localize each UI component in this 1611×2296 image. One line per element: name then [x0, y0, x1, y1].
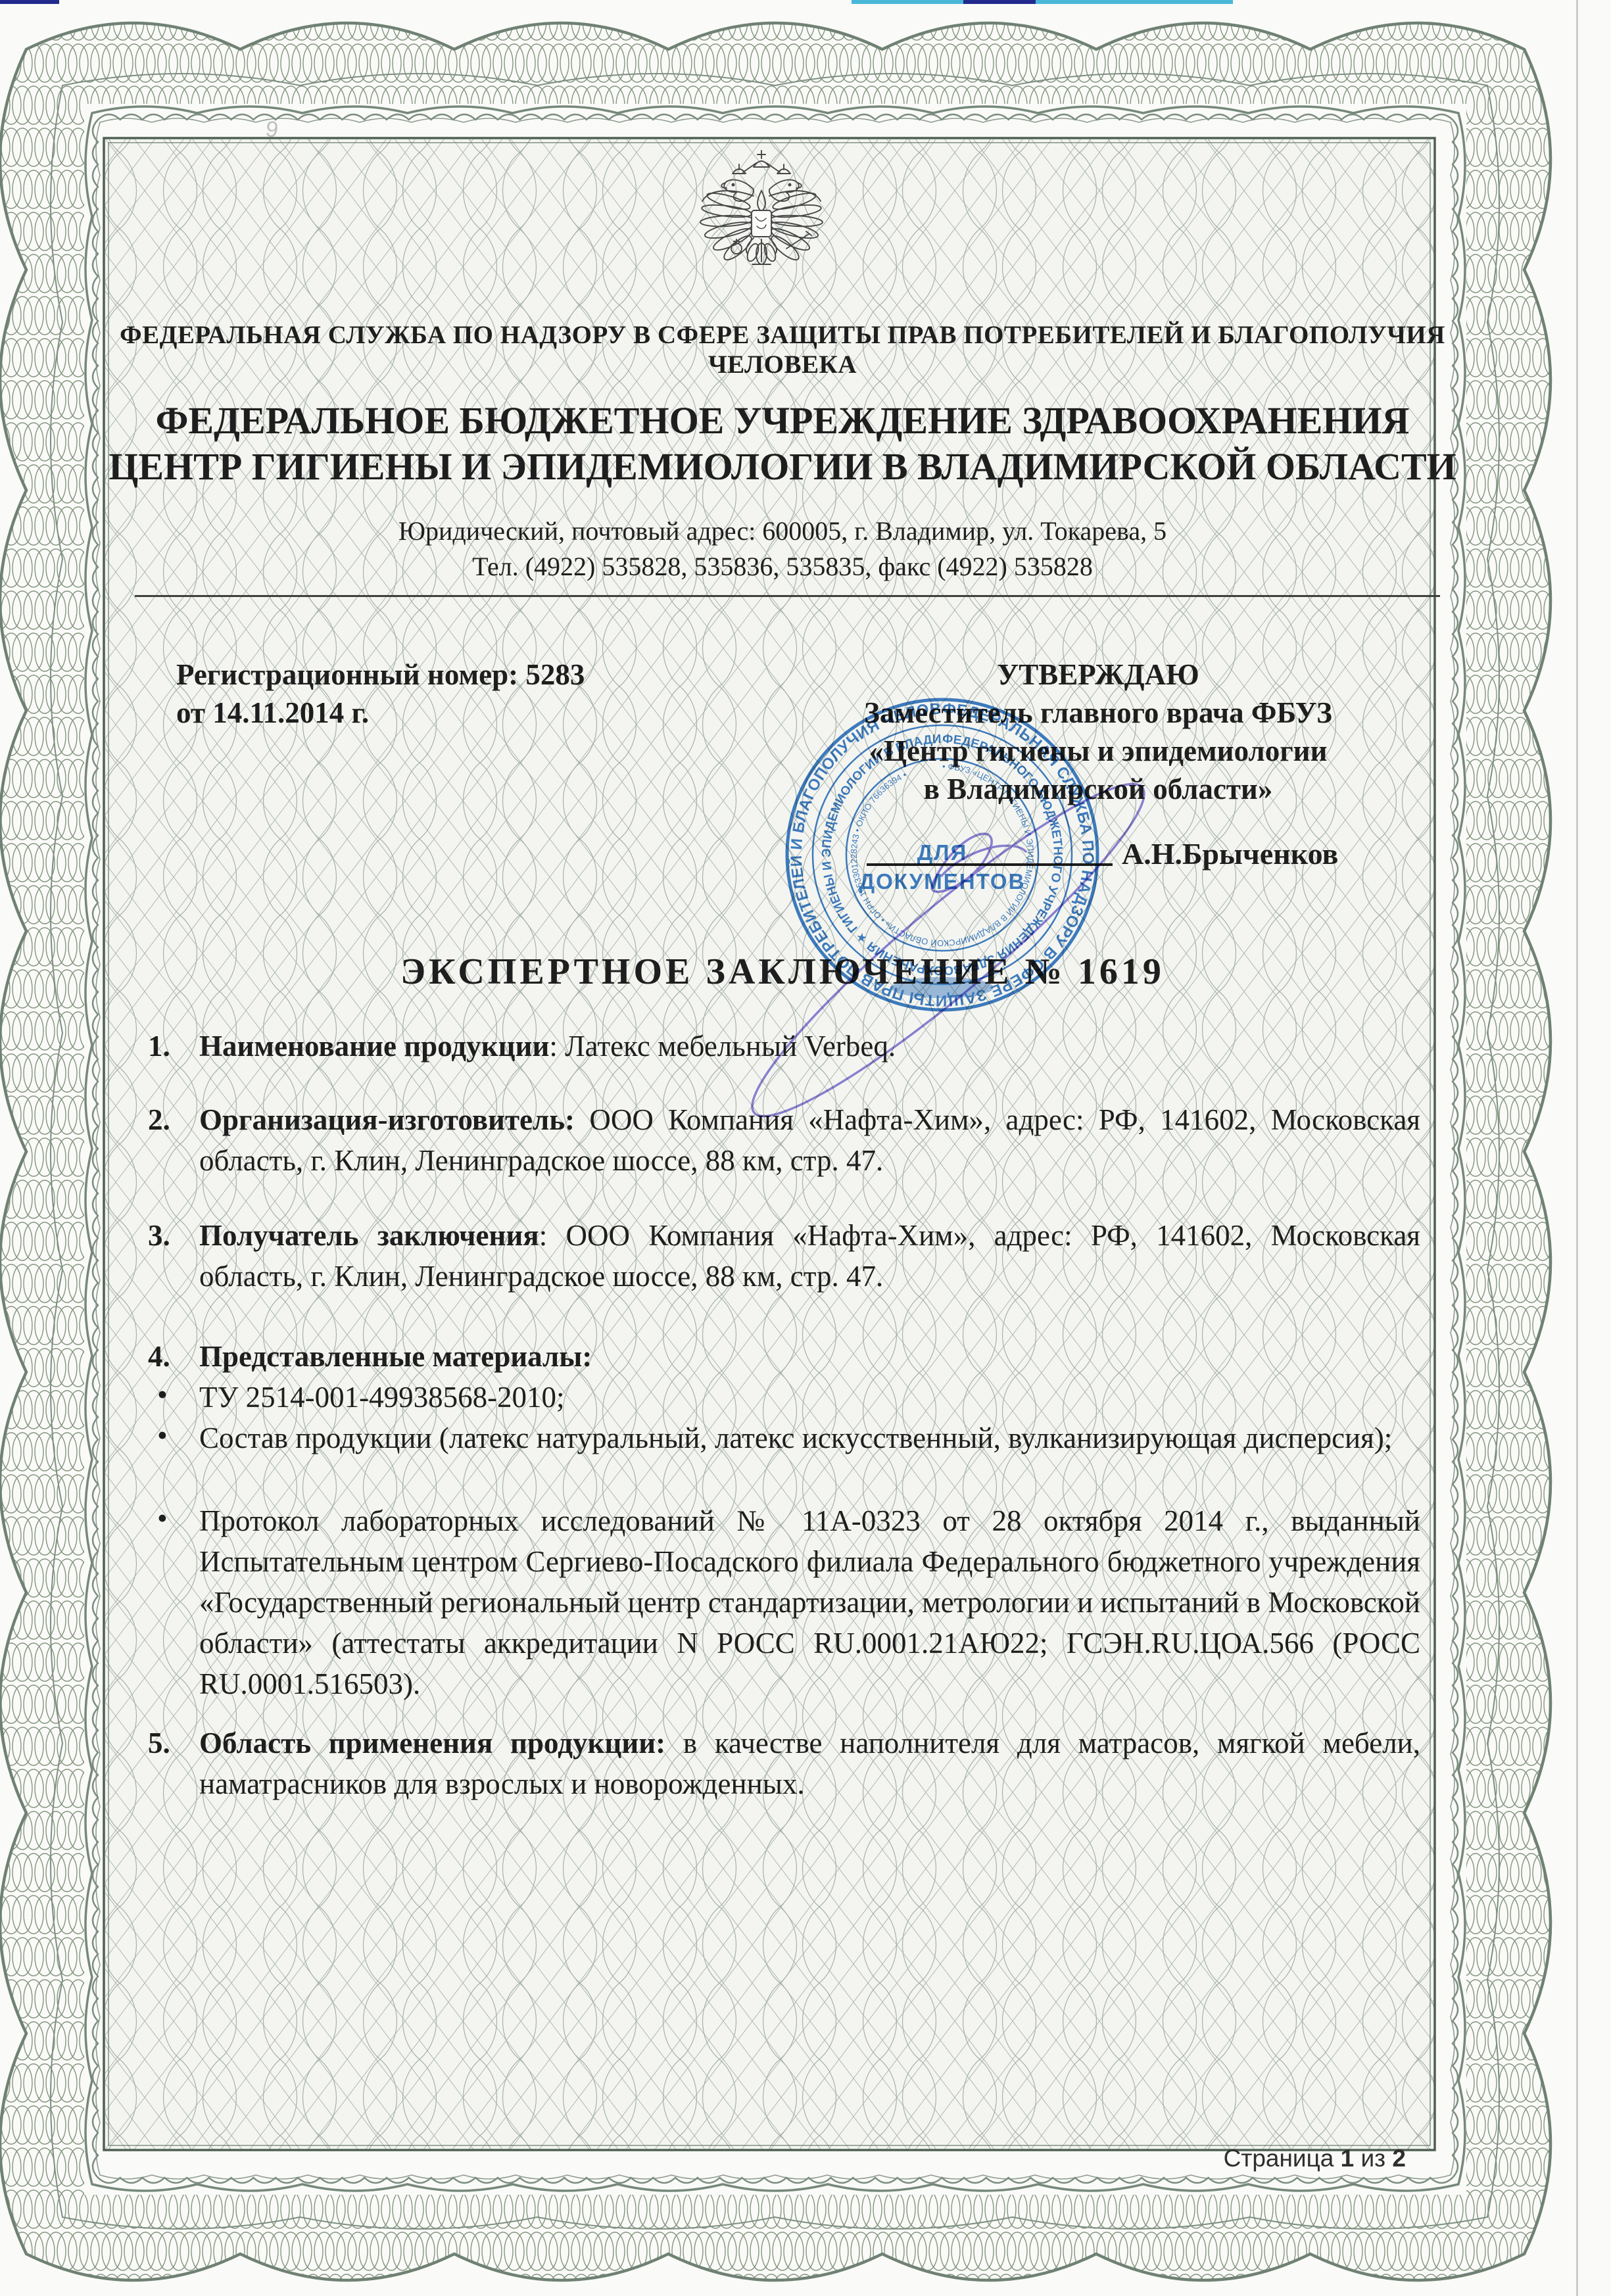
bullet-text: Протокол лабораторных исследований № 11А…	[199, 1504, 1420, 1700]
footer-page-total: 2	[1392, 2145, 1406, 2172]
stamp-ink-smudge	[891, 977, 994, 998]
stamp-center-line2: ДОКУМЕНТОВ	[859, 869, 1026, 894]
footer-page-label: Страница	[1224, 2145, 1334, 2172]
item-label: Организация-изготовитель:	[199, 1103, 575, 1136]
list-item-5: 5.Область применения продукции: в качест…	[148, 1723, 1420, 1804]
item-number: 1.	[148, 1026, 194, 1066]
header-org-line2: ЦЕНТР ГИГИЕНЫ И ЭПИДЕМИОЛОГИИ В ВЛАДИМИР…	[105, 444, 1460, 489]
scan-artifact-strip	[0, 0, 59, 4]
item-number: 2.	[148, 1099, 194, 1140]
item-text: : Латекс мебельный Verbeq.	[549, 1030, 896, 1063]
registration-number: Регистрационный номер: 5283	[176, 656, 585, 694]
footer-of-label: из	[1361, 2145, 1386, 2172]
scan-artifact-mark: 9	[264, 116, 279, 143]
registration-block: Регистрационный номер: 5283 от 14.11.201…	[176, 656, 585, 732]
list-item-2: 2.Организация-изготовитель: ООО Компания…	[148, 1099, 1420, 1181]
approval-label: УТВЕРЖДАЮ	[776, 656, 1420, 694]
scan-artifact-strip	[852, 0, 963, 4]
header-phone: Тел. (4922) 535828, 535836, 535835, факс…	[105, 551, 1460, 582]
registration-date: от 14.11.2014 г.	[176, 694, 585, 732]
stamp-center-line1: ДЛЯ	[917, 840, 967, 865]
header-org-line1: ФЕДЕРАЛЬНОЕ БЮДЖЕТНОЕ УЧРЕЖДЕНИЕ ЗДРАВОО…	[105, 398, 1460, 442]
footer-page-current: 1	[1341, 2145, 1355, 2172]
scan-artifact-strip	[963, 0, 1036, 4]
footer-page-indicator: Страница 1 из 2	[1224, 2145, 1406, 2172]
round-stamp: ФЕДЕРАЛЬНАЯ СЛУЖБА ПО НАДЗОРУ В СФЕРЕ ЗА…	[778, 690, 1107, 1019]
certificate-page: ФЕДЕРАЛЬНАЯ СЛУЖБА ПО НАДЗОРУ В СФЕРЕ ЗА…	[0, 0, 1611, 2296]
list-item-4: 4.Представленные материалы:	[148, 1336, 1420, 1377]
header-agency: ФЕДЕРАЛЬНАЯ СЛУЖБА ПО НАДЗОРУ В СФЕРЕ ЗА…	[105, 320, 1460, 379]
item-number: 4.	[148, 1336, 194, 1377]
item-number: 3.	[148, 1215, 194, 1256]
bullet-marker: •	[157, 1415, 168, 1456]
bullet-text: Состав продукции (латекс натуральный, ла…	[199, 1422, 1392, 1454]
bullet-marker: •	[157, 1498, 168, 1539]
item-label: Представленные материалы:	[199, 1340, 592, 1373]
item-label: Получатель заключения	[199, 1219, 539, 1252]
list-item-1: 1.Наименование продукции: Латекс мебельн…	[148, 1026, 1420, 1066]
approver-name: А.Н.Брыченков	[1122, 836, 1338, 871]
bullet-marker: •	[157, 1374, 168, 1415]
scan-artifact-strip	[1036, 0, 1233, 4]
header-address: Юридический, почтовый адрес: 600005, г. …	[105, 515, 1460, 546]
scan-shadow-line	[1576, 0, 1578, 2296]
bullet-item: •Протокол лабораторных исследований № 11…	[148, 1500, 1420, 1704]
coat-of-arms-icon	[700, 151, 823, 264]
bullet-text: ТУ 2514-001-49938568-2010;	[199, 1381, 565, 1414]
header-divider	[135, 595, 1440, 597]
bullet-item: •ТУ 2514-001-49938568-2010;	[148, 1377, 1420, 1418]
item-label: Наименование продукции	[199, 1030, 549, 1063]
item-label: Область применения продукции:	[199, 1727, 665, 1759]
list-item-3: 3.Получатель заключения: ООО Компания «Н…	[148, 1215, 1420, 1297]
bullet-item: •Состав продукции (латекс натуральный, л…	[148, 1418, 1420, 1458]
item-number: 5.	[148, 1723, 194, 1763]
